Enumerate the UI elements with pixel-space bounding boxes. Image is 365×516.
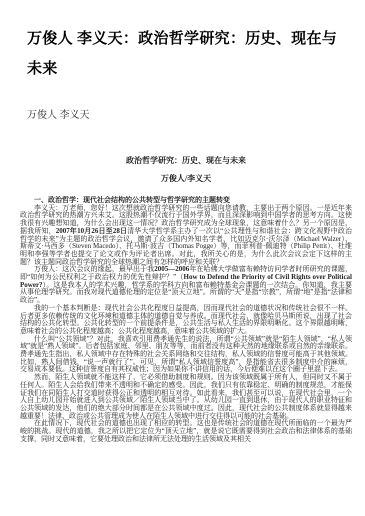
paragraph: 什么叫“公共领域”？对此，我喜欢引用费孝通先生的说法，所谓“公共领域”就是“陌生… <box>20 336 352 375</box>
page-title: 万俊人 李义天：政治哲学研究：历史、现在与未来 <box>27 24 345 84</box>
authors-line: 万俊人 李义天 <box>27 106 352 121</box>
doc-byline: 万俊人/李义天 <box>20 173 352 184</box>
paragraph: 李义天：万老师，您好！这次想就政治哲学研究的一些话题向您请教，主要出于两个原因。… <box>20 205 352 267</box>
paragraph: 我的一个基本判断是：现代社会公共化程度日益提高，因而现代社会的道德状况和传统社会… <box>20 305 352 336</box>
paragraph: 然而，陌生人领域就不能这样了，它必须借助制度和规则。因为该领域既属于所有人，但同… <box>20 374 352 420</box>
doc-heading: 政治哲学研究：历史、现在与未来 <box>20 155 352 166</box>
paragraph: 万俊人：这次会议的缘起，最早出于我2005—2006年在哈佛大学做富布赖特访问学… <box>20 266 352 305</box>
paragraph: 在此情况下，现代社会的道德也出现了相应的转型。这也是传统社会的道德在现代所面临的… <box>20 420 352 443</box>
document-page: 万俊人 李义天：政治哲学研究：历史、现在与未来 万俊人 李义天 政治哲学研究：历… <box>0 0 365 516</box>
article-body: 一、政治哲学：现代社会结构的公共转型与哲学研究的主题转变李义天：万老师，您好！这… <box>20 197 352 444</box>
